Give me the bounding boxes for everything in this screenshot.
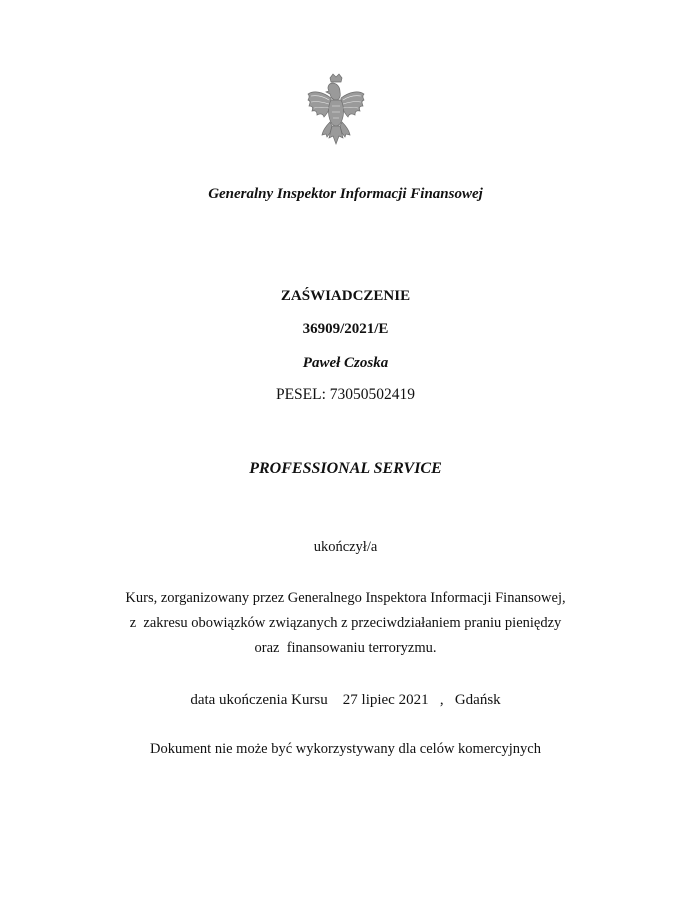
course-description-line: oraz finansowaniu terroryzmu. — [0, 640, 691, 657]
holder-name: Paweł Czoska — [0, 355, 691, 372]
polish-eagle-emblem-icon — [305, 72, 367, 152]
completion-date-place: data ukończenia Kursu 27 lipiec 2021 , G… — [0, 692, 691, 709]
certificate-title: ZAŚWIADCZENIE — [0, 288, 691, 305]
completed-label: ukończył/a — [0, 539, 691, 556]
course-description-line: z zakresu obowiązków związanych z przeci… — [0, 615, 691, 632]
course-name: PROFESSIONAL SERVICE — [0, 460, 691, 478]
certificate-number: 36909/2021/E — [0, 321, 691, 338]
holder-pesel: PESEL: 73050502419 — [0, 386, 691, 404]
usage-notice: Dokument nie może być wykorzystywany dla… — [0, 741, 691, 758]
agency-name: Generalny Inspektor Informacji Finansowe… — [0, 186, 691, 203]
course-description-line: Kurs, zorganizowany przez Generalnego In… — [0, 590, 691, 607]
